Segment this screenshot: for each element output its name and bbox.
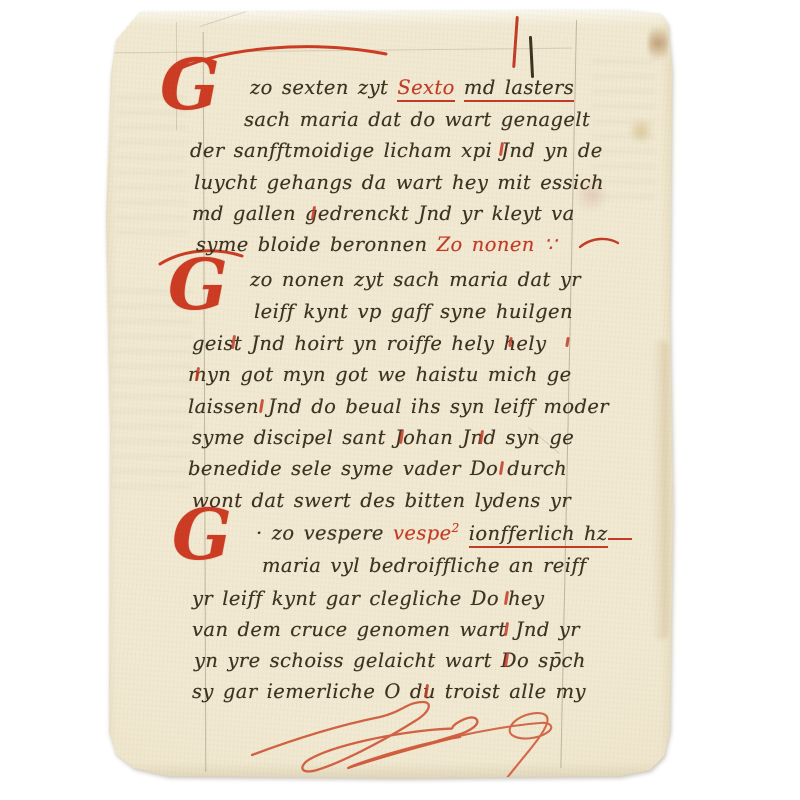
line-text: der sanfftmoidige licham xpi Jnd yn de xyxy=(190,139,603,162)
line6-black: syme bloide beronnen xyxy=(196,233,437,256)
line1-underlined: md lasters xyxy=(464,76,574,102)
text-line: der sanfftmoidige licham xpi Jnd yn de xyxy=(190,139,603,162)
line-text: zo nonen zyt sach maria dat yr xyxy=(250,268,581,291)
line-text: laissen Jnd do beual ihs syn leiff moder xyxy=(188,395,609,418)
text-line: yr leiff kynt gar clegliche Do hey xyxy=(192,587,544,610)
text-line: myn got myn got we haistu mich ge xyxy=(188,363,572,386)
line-text: leiff kynt vp gaff syne huilgen xyxy=(254,300,573,323)
line-text: myn got myn got we haistu mich ge xyxy=(188,363,572,386)
line-text: maria vyl bedroiffliche an reiff xyxy=(262,554,587,577)
rubric-vesper-gloss: vespe xyxy=(393,522,452,545)
stain-right-yellow xyxy=(628,118,654,144)
text-line: sach maria dat do wart genagelt xyxy=(244,108,590,131)
initial-swash-sext xyxy=(162,38,392,78)
rubric-swash xyxy=(578,235,620,251)
crease-top-left-diagonal xyxy=(200,0,295,27)
red-ascender-stroke xyxy=(512,16,519,68)
red-pen-flourish xyxy=(250,665,650,800)
parchment-leaf: G G G zo sexten zyt Sexto md lasters sac… xyxy=(104,10,674,778)
line15-black: · zo vespere xyxy=(256,522,393,545)
text-line: md gallen gedrenckt Jnd yr kleyt va xyxy=(192,202,575,225)
manuscript-photo: G G G zo sexten zyt Sexto md lasters sac… xyxy=(0,0,800,800)
line-text: benedide sele syme vader Do durch xyxy=(188,457,567,480)
rubric-sexto: Sexto xyxy=(397,76,454,102)
text-line: benedide sele syme vader Do durch xyxy=(188,457,567,480)
red-underline-extension xyxy=(608,526,632,540)
ink-ascender-stroke xyxy=(529,36,534,78)
line-text: van dem cruce genomen wart Jnd yr xyxy=(192,618,580,641)
line-text: luycht gehangs da wart hey mit essich xyxy=(194,171,604,194)
parchment-surface: G G G zo sexten zyt Sexto md lasters sac… xyxy=(104,10,674,778)
text-line: leiff kynt vp gaff syne huilgen xyxy=(254,300,573,323)
rubric-superscript: 2 xyxy=(452,521,460,535)
text-line: zo sexten zyt Sexto md lasters xyxy=(250,76,574,99)
line1-black: zo sexten zyt xyxy=(250,76,397,99)
text-line: maria vyl bedroiffliche an reiff xyxy=(262,554,587,577)
line-text: sach maria dat do wart genagelt xyxy=(244,108,590,131)
text-line: luycht gehangs da wart hey mit essich xyxy=(194,171,604,194)
text-line: laissen Jnd do beual ihs syn leiff moder xyxy=(188,395,609,418)
line-text: geist Jnd hoirt yn roiffe hely hely xyxy=(192,332,546,355)
text-line: · zo vespere vespe2 ionfferlich hz xyxy=(256,521,632,545)
text-line: wont dat swert des bitten lydens yr xyxy=(192,489,571,512)
line15-underlined: ionfferlich hz xyxy=(469,522,608,548)
line-text: md gallen gedrenckt Jnd yr kleyt va xyxy=(192,202,575,225)
line-text: syme discipel sant Johan Jnd syn ge xyxy=(192,426,574,449)
stain-right-edge-band xyxy=(652,340,668,640)
text-line: syme bloide beronnen Zo nonen ∵ xyxy=(196,233,557,256)
line-text: yr leiff kynt gar clegliche Do hey xyxy=(192,587,544,610)
rubric-zo-nonen: Zo nonen ∵ xyxy=(437,233,557,256)
text-line: syme discipel sant Johan Jnd syn ge xyxy=(192,426,574,449)
text-line: geist Jnd hoirt yn roiffe hely hely xyxy=(192,332,546,355)
stain-top-right-brown xyxy=(648,20,668,66)
text-line: van dem cruce genomen wart Jnd yr xyxy=(192,618,580,641)
line-text: wont dat swert des bitten lydens yr xyxy=(192,489,571,512)
text-line: zo nonen zyt sach maria dat yr xyxy=(250,268,581,291)
